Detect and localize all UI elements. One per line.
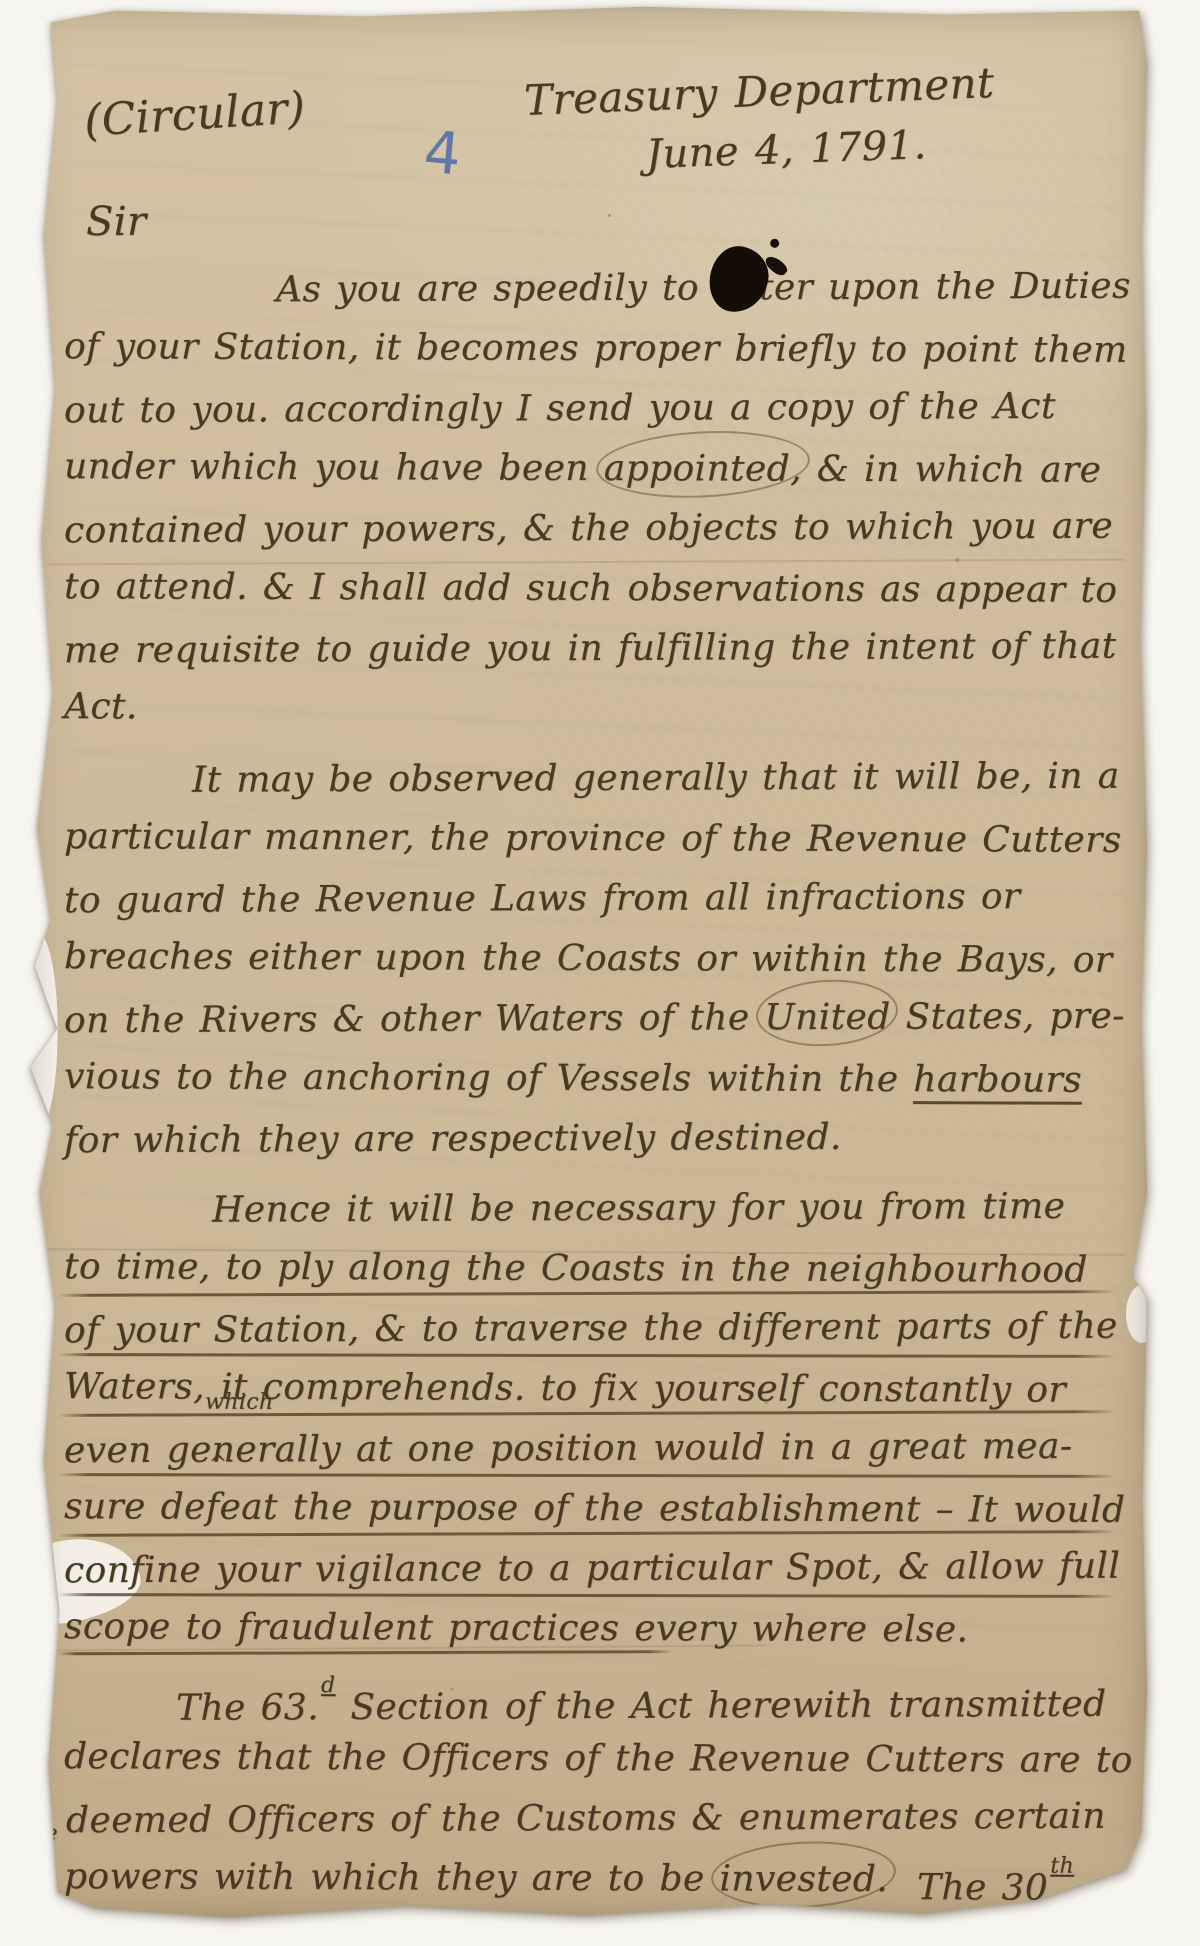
line-text: under which you have been [64, 446, 604, 489]
line-text: The 63. [176, 1687, 319, 1729]
letter-line: Hence it will be necessary for you from … [64, 1177, 1114, 1242]
letter-line: under which you have been appointed, & i… [64, 437, 1114, 501]
flourished-word: invested. [719, 1849, 888, 1910]
line-text: powers with which they are to be investe… [64, 1847, 888, 1910]
letter-line: powers with which they are to be investe… [64, 1847, 1114, 1911]
letter-line: me requisite to guide you in fulfilling … [64, 617, 1114, 682]
paragraph-1: As you are speedily to enter upon the Du… [64, 259, 1114, 739]
line-text: As you are speedily to [276, 267, 714, 310]
ink-blot-word: enter [714, 258, 814, 318]
caret-mark: ^ [28, 1864, 47, 1924]
letter-line: scope to fraudulent practices every wher… [64, 1597, 1114, 1661]
letter-line: declares that the Officers of the Revenu… [64, 1727, 1114, 1791]
line-text: Waters, [64, 1366, 205, 1407]
letter-line: for which they are respectively destined… [64, 1107, 1114, 1172]
line-text: on the Rivers & other Waters of the [64, 997, 765, 1041]
letter-line: It may be observed generally that it wil… [64, 747, 1114, 812]
letter-line: out to you. accordingly I send you a cop… [64, 377, 1114, 442]
salutation: Sir [64, 191, 1114, 253]
superscript-ordinal: d [321, 1673, 336, 1698]
letter-line: vious to the anchoring of Vessels within… [64, 1047, 1114, 1111]
letter-line: Waters,which^it comprehends. to fix your… [64, 1357, 1114, 1421]
line-text: Section of the Act herewith transmitted [335, 1684, 1106, 1728]
letter-line: sure defeat the purpose of the establish… [64, 1477, 1114, 1541]
line-text: deemed Officers of the Customs & enumera… [66, 1796, 1106, 1842]
line-text: it comprehends. to fix yourself constant… [221, 1367, 1066, 1411]
letter-line: As you are speedily to enter upon the Du… [64, 257, 1114, 322]
letter-line: to time, to ply along the Coasts in the … [64, 1237, 1114, 1301]
flourished-word: appointed, [604, 439, 802, 500]
inserted-word: be [30, 1804, 58, 1864]
letter-line: even generally at one position would in … [64, 1417, 1114, 1482]
letter-line: The 63.d Section of the Act herewith tra… [64, 1667, 1114, 1732]
paragraph-3: Hence it will be necessary for you from … [64, 1179, 1114, 1659]
line-text: powers with which they are to be [64, 1856, 720, 1899]
flourished-word: United [764, 988, 891, 1049]
letter-line: of your Station, & to traverse the diffe… [64, 1297, 1114, 1362]
paper-shadow: (Circular) Treasury Department June 4, 1… [26, 5, 1148, 1919]
letter-paper: (Circular) Treasury Department June 4, 1… [26, 5, 1148, 1919]
letter-line: to attend. & I shall add such observatio… [64, 557, 1114, 621]
paragraph-4: The 63.d Section of the Act herewith tra… [64, 1669, 1114, 1909]
line-text: & in which are [802, 449, 1102, 491]
letter-line: confine your vigilance to a particular S… [64, 1537, 1114, 1602]
paragraph-2: It may be observed generally that it wil… [64, 749, 1114, 1169]
manuscript-scan: (Circular) Treasury Department June 4, 1… [0, 0, 1200, 1946]
letter-line: be^deemed Officers of the Customs & enum… [64, 1787, 1114, 1852]
letter-body: Sir As you are speedily to enter upon th… [26, 5, 1148, 1919]
letter-line: Act. [64, 677, 1114, 741]
line-text: upon the Duties [813, 266, 1131, 308]
letter-line: particular manner, the province of the R… [64, 807, 1114, 871]
line-text: The 30 [917, 1867, 1048, 1908]
underlined-word: harbours [913, 1059, 1082, 1105]
superscript-ordinal: th [1050, 1854, 1074, 1879]
letter-line: breaches either upon the Coasts or withi… [64, 927, 1114, 991]
line-text: vious to the anchoring of Vessels within… [64, 1056, 913, 1100]
line-tail: The 30th [917, 1850, 1074, 1911]
line-text: States, pre- [891, 996, 1125, 1038]
letter-line: of your Station, it becomes proper brief… [64, 317, 1114, 381]
letter-line: on the Rivers & other Waters of the Unit… [64, 987, 1114, 1052]
letter-line: to guard the Revenue Laws from all infra… [64, 867, 1114, 932]
letter-line: contained your powers, & the objects to … [64, 497, 1114, 562]
